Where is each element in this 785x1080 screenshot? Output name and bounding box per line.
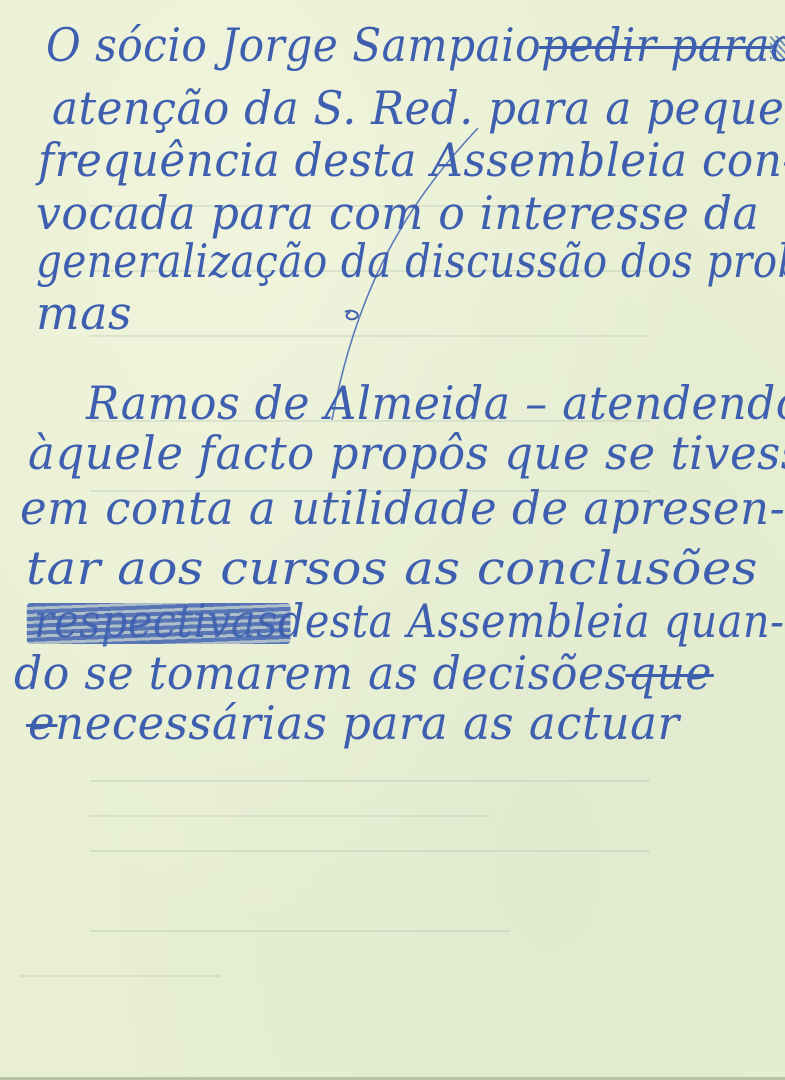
text-segment: mas xyxy=(36,286,132,340)
struck-text: pedir para xyxy=(541,22,770,68)
text-segment: tar aos cursos as conclusões xyxy=(26,541,758,595)
text-segment: necessárias para as actuar xyxy=(55,700,679,746)
manuscript-line-7: Ramos de Almeida – atendendo xyxy=(86,380,785,426)
text-segment: frequência desta Assembleia con- xyxy=(38,133,785,187)
manuscript-line-13: e necessárias para as actuar xyxy=(28,700,785,746)
manuscript-line-3: frequência desta Assembleia con- xyxy=(38,137,784,183)
overwritten-text: chamou xyxy=(770,22,785,68)
text-segment: àquele facto propôs que se tivesse xyxy=(28,426,785,480)
manuscript-line-11: respectivas desta Assembleia quan- xyxy=(34,598,741,644)
show-through-line xyxy=(20,975,220,977)
text-segment: vocada para com o interesse da xyxy=(36,186,759,240)
manuscript-line-2: atenção da S. Red. para a pequena xyxy=(52,85,785,131)
struck-text: que xyxy=(628,650,712,696)
text-segment: Ramos de Almeida – atendendo xyxy=(86,376,785,430)
manuscript-line-8: àquele facto propôs que se tivesse xyxy=(28,430,785,476)
text-segment: O sócio Jorge Sampaio xyxy=(46,22,541,68)
scribbled-out-text: respectivas xyxy=(34,598,278,644)
show-through-line xyxy=(90,850,650,852)
show-through-line xyxy=(90,815,490,817)
manuscript-line-5: generalização da discussão dos proble- xyxy=(36,238,727,284)
text-segment: em conta a utilidade de apresen- xyxy=(20,481,785,535)
text-segment: do se tomarem as decisões xyxy=(14,650,628,696)
manuscript-line-10: tar aos cursos as conclusões xyxy=(26,545,785,591)
manuscript-line-4: vocada para com o interesse da xyxy=(36,190,785,236)
manuscript-line-1: O sócio Jorge Sampaio pedir para chamou … xyxy=(46,22,768,68)
manuscript-line-9: em conta a utilidade de apresen- xyxy=(20,485,785,531)
manuscript-line-12: do se tomarem as decisões que xyxy=(14,650,768,696)
show-through-line xyxy=(90,930,510,932)
show-through-line xyxy=(90,780,650,782)
text-segment: generalização da discussão dos proble- xyxy=(36,234,785,288)
struck-text: e xyxy=(28,700,55,746)
manuscript-line-6: mas xyxy=(36,290,785,336)
text-segment: desta Assembleia quan- xyxy=(278,598,785,644)
text-segment: atenção da S. Red. para a pequena xyxy=(52,81,785,135)
